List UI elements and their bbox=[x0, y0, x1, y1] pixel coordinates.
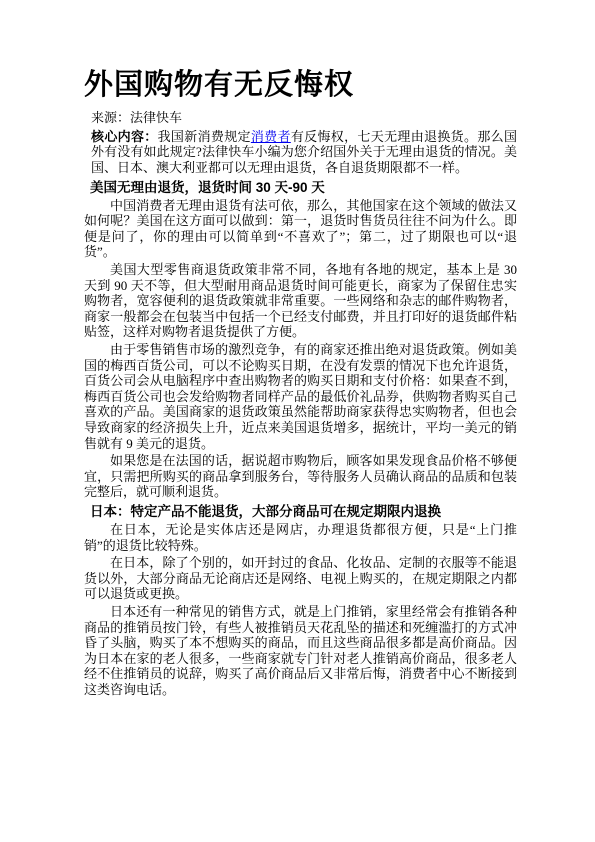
intro-paragraph: 核心内容：我国新消费规定消费者有反悔权，七天无理由退换货。那么国外有没有如此规定… bbox=[84, 129, 517, 176]
paragraph-usa-1: 中国消费者无理由退货有法可依，那么，其他国家在这个领域的做法又如何呢？美国在这方… bbox=[84, 198, 517, 260]
consumer-link[interactable]: 消费者 bbox=[251, 129, 291, 144]
document-page: 外国购物有无反悔权 来源：法律快车 核心内容：我国新消费规定消费者有反悔权，七天… bbox=[0, 0, 595, 842]
section-heading-japan: 日本：特定产品不能退货，大部分商品可在规定期限内退换 bbox=[84, 504, 517, 520]
paragraph-japan-1: 在日本，无论是实体店还是网店，办理退货都很方便，只是“上门推销”的退货比较特殊。 bbox=[84, 522, 517, 553]
paragraph-usa-3: 由于零售销售市场的激烈竞争，有的商家还推出绝对退货政策。例如美国的梅西百货公司，… bbox=[84, 342, 517, 451]
source-value: 法律快车 bbox=[130, 110, 182, 125]
paragraph-japan-3: 日本还有一种常见的销售方式，就是上门推销，家里经常会有推销各种商品的推销员按门铃… bbox=[84, 604, 517, 698]
core-content-label: 核心内容： bbox=[91, 129, 158, 144]
paragraph-france: 如果您是在法国的话，据说超市购物后，顾客如果发现食品价格不够便宜，只需把所购买的… bbox=[84, 453, 517, 500]
intro-text-before-link: 我国新消费规定 bbox=[158, 129, 251, 144]
paragraph-japan-2: 在日本，除了个别的，如开封过的食品、化妆品、定制的衣服等不能退货以外，大部分商品… bbox=[84, 555, 517, 602]
paragraph-usa-2: 美国大型零售商退货政策非常不同，各地有各地的规定，基本上是 30 天到 90 天… bbox=[84, 262, 517, 340]
source-label: 来源： bbox=[91, 110, 130, 125]
section-heading-usa: 美国无理由退货，退货时间 30 天-90 天 bbox=[84, 180, 517, 196]
source-line: 来源：法律快车 bbox=[84, 110, 517, 126]
page-title: 外国购物有无反悔权 bbox=[84, 70, 517, 102]
